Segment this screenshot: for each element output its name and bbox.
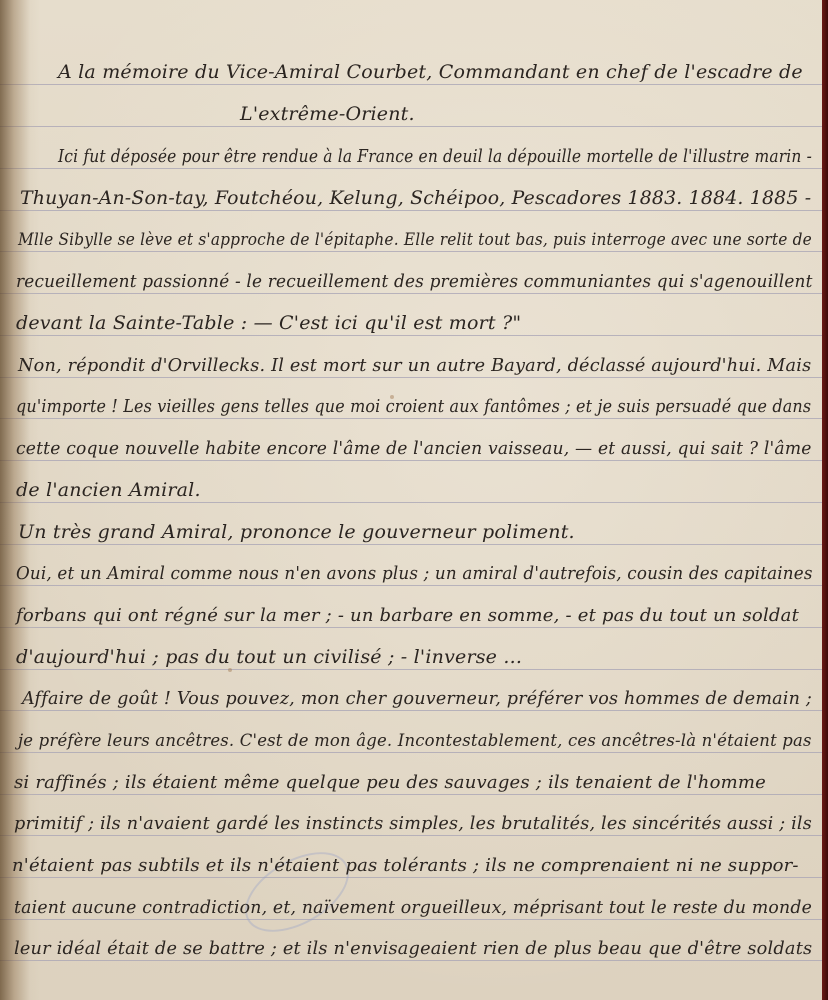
text-line: si raffinés ; ils étaient même quelque p… [14, 772, 766, 793]
text-line: Mlle Sibylle se lève et s'approche de l'… [18, 230, 812, 250]
text-line: Thuyan-An-Son-tay, Foutchéou, Kelung, Sc… [20, 187, 811, 209]
text-line: forbans qui ont régné sur la mer ; - un … [16, 605, 799, 626]
rule-line [0, 251, 822, 252]
text-line: n'étaient pas subtils et ils n'étaient p… [12, 855, 799, 876]
paper-speck [228, 668, 232, 672]
rule-line [0, 627, 822, 628]
rule-line [0, 293, 822, 294]
rule-line [0, 752, 822, 753]
red-book-binding [822, 0, 828, 1000]
rule-line [0, 335, 822, 336]
text-line: primitif ; ils n'avaient gardé les insti… [14, 813, 812, 834]
rule-line [0, 377, 822, 378]
rule-line [0, 919, 822, 920]
rule-line [0, 418, 822, 419]
text-line: je préfère leurs ancêtres. C'est de mon … [18, 731, 812, 751]
rule-line [0, 585, 822, 586]
text-line: de l'ancien Amiral. [16, 479, 201, 501]
text-line: Affaire de goût ! Vous pouvez, mon cher … [22, 688, 812, 709]
text-line: Ici fut déposée pour être rendue à la Fr… [58, 146, 812, 167]
rule-line [0, 84, 822, 85]
rule-line [0, 126, 822, 127]
rule-line [0, 460, 822, 461]
rule-line [0, 544, 822, 545]
text-line: qu'importe ! Les vieilles gens telles qu… [16, 396, 811, 417]
text-line: recueillement passionné - le recueilleme… [16, 271, 813, 292]
rule-line [0, 960, 822, 961]
faded-stamp [232, 836, 363, 948]
rule-line [0, 210, 822, 211]
text-line: taient aucune contradiction, et, naïveme… [14, 897, 812, 918]
text-line: Un très grand Amiral, prononce le gouver… [18, 521, 575, 543]
text-line: Oui, et un Amiral comme nous n'en avons … [16, 563, 813, 584]
rule-line [0, 669, 822, 670]
text-line: cette coque nouvelle habite encore l'âme… [16, 438, 812, 459]
text-line: leur idéal était de se battre ; et ils n… [14, 938, 812, 959]
rule-line [0, 835, 822, 836]
rule-line [0, 502, 822, 503]
rule-line [0, 877, 822, 878]
text-line: L'extrême-Orient. [240, 103, 415, 125]
text-line: devant la Sainte-Table : — C'est ici qu'… [16, 312, 521, 334]
manuscript-page: A la mémoire du Vice-Amiral Courbet, Com… [0, 0, 822, 1000]
rule-line [0, 168, 822, 169]
text-line: Non, répondit d'Orvillecks. Il est mort … [18, 355, 811, 376]
rule-line [0, 710, 822, 711]
text-line: d'aujourd'hui ; pas du tout un civilisé … [16, 646, 522, 668]
text-line: A la mémoire du Vice-Amiral Courbet, Com… [58, 61, 803, 83]
rule-line [0, 794, 822, 795]
